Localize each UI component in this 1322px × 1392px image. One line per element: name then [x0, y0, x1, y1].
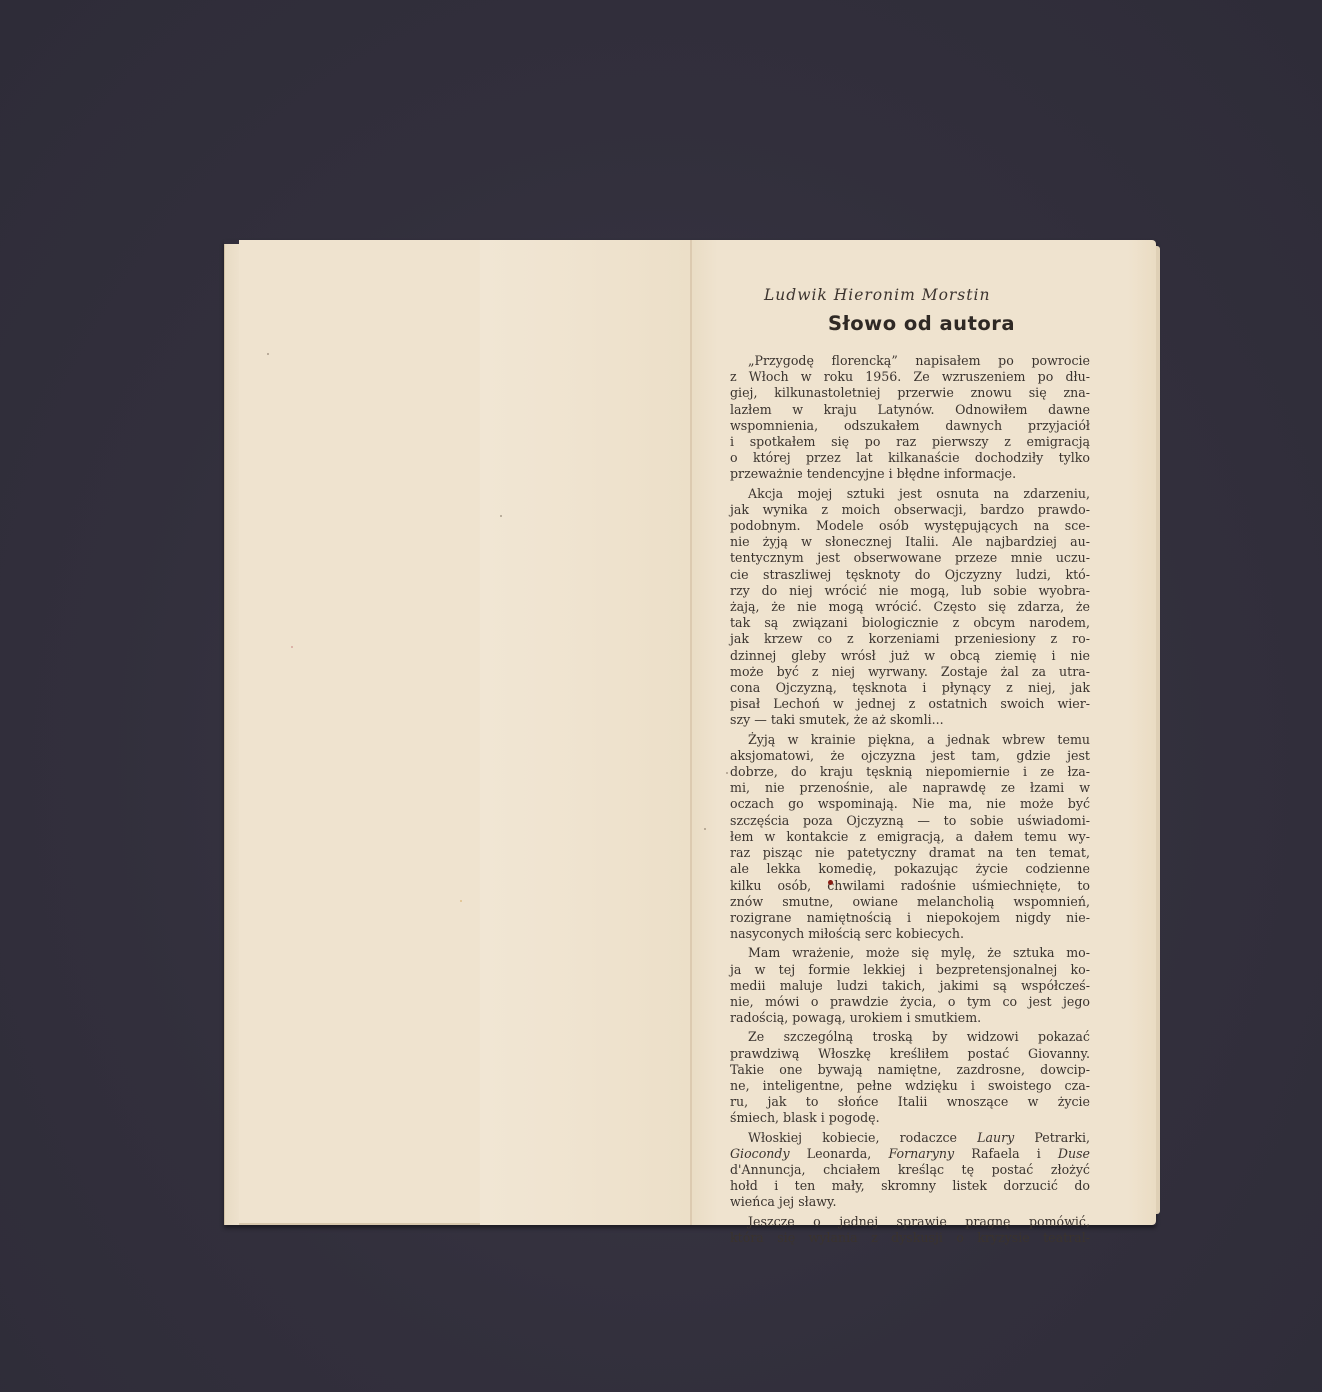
paper-speck [460, 900, 462, 902]
text-line: znów smutne, owiane melancholią wspomnie… [730, 894, 1090, 910]
text-line: może być z niej wyrwany. Zostaje żal za … [730, 664, 1090, 680]
center-fold [690, 240, 692, 1225]
text-line: Włoskiej kobiecie, rodaczce Laury Petrar… [730, 1130, 1090, 1146]
text-line: wspomnienia, odszukałem dawnych przyjaci… [730, 418, 1090, 434]
text-line: giej, kilkunastoletniej przerwie znowu s… [730, 385, 1090, 401]
text-line: nasyconych miłością serc kobiecych. [730, 926, 1090, 942]
text-line: raz pisząc nie patetyczny dramat na ten … [730, 845, 1090, 861]
text-line: mi, nie przenośnie, ale naprawdę ze łzam… [730, 780, 1090, 796]
text-line: nie, mówi o prawdzie życia, o tym co jes… [730, 994, 1090, 1010]
text-line: rozigrane namiętnością i niepokojem nigd… [730, 910, 1090, 926]
text-line: Giocondy Leonarda, Fornaryny Rafaela i D… [730, 1146, 1090, 1162]
left-page-inner-leaf [239, 240, 481, 1223]
paper-speck [704, 828, 706, 830]
italic-name: Laury [977, 1130, 1014, 1145]
text-line: oczach go wspominają. Nie ma, nie może b… [730, 796, 1090, 812]
text-line: przeważnie tendencyjne i błędne informac… [730, 466, 1090, 482]
text-line: Mam wrażenie, może się mylę, że sztuka m… [730, 945, 1090, 961]
article-title: Słowo od autora [828, 312, 1108, 335]
article-body: „Przygodę florencką” napisałem po powroc… [730, 353, 1108, 1246]
text-line: która się wyłania z dyskusji o kryzysie … [730, 1230, 1090, 1246]
paper-speck [291, 646, 293, 648]
text-line: radością, powagą, urokiem i smutkiem. [730, 1010, 1090, 1026]
text-line: rzy do niej wrócić nie mogą, lub sobie w… [730, 583, 1090, 599]
text-line: ale lekka komedię, pokazując życie codzi… [730, 861, 1090, 877]
text-line: hołd i ten mały, skromny listek dorzucić… [730, 1178, 1090, 1194]
text-line: cona Ojczyzną, tęsknota i płynący z niej… [730, 680, 1090, 696]
left-page-flap [480, 240, 690, 1225]
text-line: i spotkałem się po raz pierwszy z emigra… [730, 434, 1090, 450]
text-line: ja w tej formie lekkiej i bezpretensjona… [730, 962, 1090, 978]
text-line: ne, inteligentne, pełne wdzięku i swoist… [730, 1078, 1090, 1094]
text-line: Jeszcze o jednej sprawie pragnę pomówić, [730, 1214, 1090, 1230]
text-line: „Przygodę florencką” napisałem po powroc… [730, 353, 1090, 369]
text-line: z Włoch w roku 1956. Ze wzruszeniem po d… [730, 369, 1090, 385]
author-name: Ludwik Hieronim Morstin [764, 286, 1108, 304]
text-line: dzinnej gleby wrósł już w obcą ziemię i … [730, 648, 1090, 664]
text-line: kilku osób, chwilami radośnie uśmiechnię… [730, 878, 1090, 894]
text-line: pisał Lechoń w jednej z ostatnich swoich… [730, 696, 1090, 712]
paper-speck [267, 353, 269, 355]
text-line: żają, że nie mogą wrócić. Często się zda… [730, 599, 1090, 615]
ink-stain [828, 880, 833, 885]
text-line: prawdziwą Włoszkę kreśliłem postać Giova… [730, 1046, 1090, 1062]
text-line: d'Annuncja, chciałem kreśląc tę postać z… [730, 1162, 1090, 1178]
paragraph-5: Ze szczególną troską by widzowi pokazać … [730, 1029, 1108, 1126]
text-line: szczęścia poza Ojczyzną — to sobie uświa… [730, 813, 1090, 829]
paragraph-4: Mam wrażenie, może się mylę, że sztuka m… [730, 945, 1108, 1026]
page-stack-edge [1156, 246, 1160, 1214]
text-line: Żyją w krainie piękna, a jednak wbrew te… [730, 732, 1090, 748]
text-line: medii maluje ludzi takich, jakimi są wsp… [730, 978, 1090, 994]
text-line: łem w kontakcie z emigracją, a dałem tem… [730, 829, 1090, 845]
text-line: szy — taki smutek, że aż skomli... [730, 712, 1090, 728]
text-line: aksjomatowi, że ojczyzna jest tam, gdzie… [730, 748, 1090, 764]
text-line: podobnym. Modele osób występujących na s… [730, 518, 1090, 534]
text-line: jak krzew co z korzeniami przeniesiony z… [730, 631, 1090, 647]
text-line: dobrze, do kraju tęsknią niepomiernie i … [730, 764, 1090, 780]
article: Ludwik Hieronim Morstin Słowo od autora … [730, 282, 1108, 1249]
italic-name: Duse [1058, 1146, 1090, 1161]
text-line: tentycznym jest obserwowane przeze mnie … [730, 550, 1090, 566]
text-line: śmiech, blask i pogodę. [730, 1110, 1090, 1126]
paragraph-1: „Przygodę florencką” napisałem po powroc… [730, 353, 1108, 483]
paper-speck [726, 772, 728, 774]
text-line: tak są związani biologicznie z obcym nar… [730, 615, 1090, 631]
text-line: Ze szczególną troską by widzowi pokazać [730, 1029, 1090, 1045]
paragraph-2: Akcja mojej sztuki jest osnuta na zdarze… [730, 486, 1108, 729]
paper-speck [500, 515, 502, 517]
paragraph-7: Jeszcze o jednej sprawie pragnę pomówić,… [730, 1214, 1108, 1246]
text-line: jak wynika z moich obserwacji, bardzo pr… [730, 502, 1090, 518]
text-line: lazłem w kraju Latynów. Odnowiłem dawne [730, 402, 1090, 418]
italic-name: Giocondy [730, 1146, 790, 1161]
text-line: Takie one bywają namiętne, zazdrosne, do… [730, 1062, 1090, 1078]
paragraph-3: Żyją w krainie piękna, a jednak wbrew te… [730, 732, 1108, 943]
text-line: cie straszliwej tęsknoty do Ojczyzny lud… [730, 567, 1090, 583]
text-line: Akcja mojej sztuki jest osnuta na zdarze… [730, 486, 1090, 502]
text-line: o której przez lat kilkanaście dochodził… [730, 450, 1090, 466]
text-line: ru, jak to słońce Italii wnoszące w życi… [730, 1094, 1090, 1110]
paragraph-6: Włoskiej kobiecie, rodaczce Laury Petrar… [730, 1130, 1108, 1211]
text-line: nie żyją w słonecznej Italii. Ale najbar… [730, 534, 1090, 550]
text-line: wieńca jej sławy. [730, 1194, 1090, 1210]
italic-name: Fornaryny [888, 1146, 954, 1161]
